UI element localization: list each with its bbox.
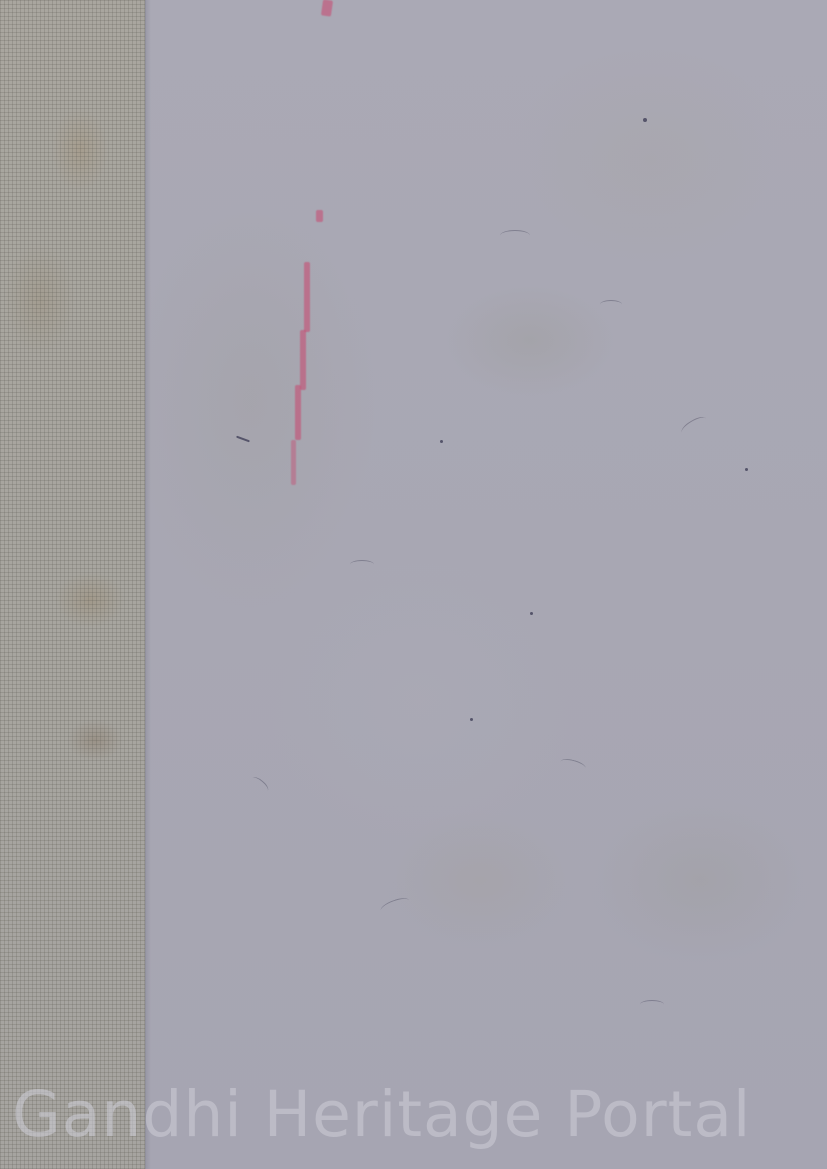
paper-speck <box>236 436 250 443</box>
paper-speck <box>745 468 748 471</box>
paper-fibre <box>350 560 374 569</box>
paper-speck <box>470 718 473 721</box>
watermark-text: Gandhi Heritage Portal <box>12 1083 827 1146</box>
paper-fibre <box>600 300 622 309</box>
red-pencil-mark <box>295 385 301 440</box>
spine-edge <box>145 0 151 1169</box>
cloth-spine <box>0 0 146 1169</box>
red-pencil-mark <box>304 262 310 332</box>
paper-fibre <box>640 1000 664 1009</box>
paper-fibre <box>679 414 709 438</box>
paper-fibre <box>559 757 587 773</box>
red-pencil-mark <box>300 330 306 390</box>
red-pencil-mark <box>291 440 296 485</box>
paper-fibre <box>379 895 411 916</box>
paper-fibre <box>500 230 530 241</box>
book-cover-page: Gandhi Heritage Portal <box>0 0 827 1169</box>
red-pencil-mark <box>321 0 333 17</box>
paper-speck <box>530 612 533 615</box>
red-pencil-mark <box>316 210 323 222</box>
paper-speck <box>643 118 647 122</box>
paper-speck <box>440 440 443 443</box>
paper-fibre <box>249 775 270 795</box>
